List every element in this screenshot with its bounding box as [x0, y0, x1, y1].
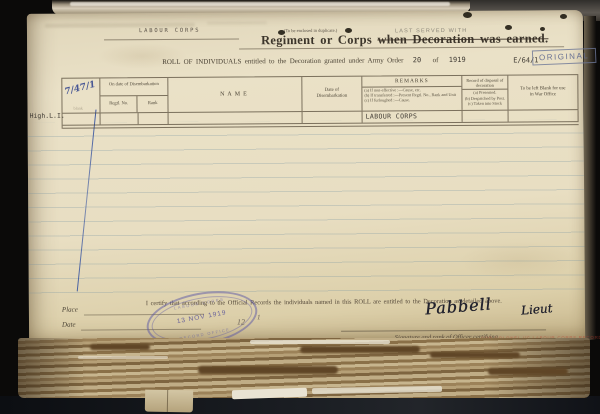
signature: Pabbell — [424, 294, 492, 318]
punch-hole — [560, 14, 567, 19]
remarks-header-cell: REMARKS (a) If non-effective :—Cause, et… — [362, 76, 462, 111]
year-value: 1919 — [449, 56, 466, 64]
roll-table: 7/47/1 blank On date of Disembarkation R… — [61, 74, 578, 129]
date-header: Date of Disembarkation — [302, 77, 362, 111]
paper-tab — [145, 390, 193, 413]
heading-struck-text: when Decoration was earned. — [377, 31, 548, 46]
stack-shadow — [198, 366, 338, 374]
corps-label: LABOUR CORPS — [139, 28, 200, 34]
place-label: Place — [62, 306, 78, 314]
corps-underline — [104, 38, 239, 40]
punch-hole — [278, 30, 285, 35]
disposal-header: Record of disposal of decoration — [462, 76, 507, 91]
date-label: Date — [62, 321, 76, 329]
name-header: NAME — [168, 77, 302, 112]
table-surface — [0, 396, 600, 414]
signature-line — [341, 329, 546, 331]
original-stamp: ORIGINAL — [532, 48, 597, 66]
disembarkation-group-header: On date of Disembarkation Regtl. No. Ran… — [100, 78, 168, 112]
on-date-header: On date of Disembarkation — [100, 78, 167, 96]
remarks-header: REMARKS — [362, 76, 461, 87]
pencil-note: 12 — [237, 317, 245, 326]
page-fore-edge — [584, 16, 596, 340]
pencil-tick: 1 — [257, 313, 261, 321]
remarks-note-c: (c) If furloughed :—Cause. — [362, 97, 461, 103]
ink-stroke — [77, 109, 97, 291]
punch-hole — [345, 28, 352, 33]
signature-rank: Lieut — [520, 301, 552, 317]
stain — [458, 240, 578, 281]
punch-hole — [540, 27, 545, 31]
stack-shadow — [90, 344, 150, 350]
unit-header-cell: 7/47/1 blank — [62, 78, 100, 112]
faded-print-smudge — [207, 21, 267, 24]
war-office-header: To be left Blank for use in War Office — [508, 75, 578, 109]
rank-header: Rank — [138, 95, 168, 112]
column-annotation: 7/47/1 — [64, 80, 97, 98]
column-faint-word: blank — [73, 106, 82, 111]
book-page: LABOUR CORPS (To be enclosed in duplicat… — [27, 10, 585, 344]
roll-title: ROLL OF INDIVIDUALS entitled to the Deco… — [162, 56, 403, 66]
disposal-header-cell: Record of disposal of decoration (a) Pre… — [462, 76, 508, 110]
remarks-group-label: LABOUR CORPS — [363, 111, 463, 123]
punch-hole — [505, 25, 512, 30]
cover-glint — [70, 2, 450, 6]
disposal-note-c: (c) Taken into Stock — [462, 101, 507, 107]
stack-highlight — [78, 356, 168, 359]
ruled-lines — [28, 119, 585, 297]
table-header: 7/47/1 blank On date of Disembarkation R… — [62, 75, 578, 114]
of-word: of — [433, 56, 439, 64]
stack-shadow — [430, 352, 520, 358]
stack-shadow — [300, 346, 420, 353]
stack-highlight — [250, 340, 390, 344]
heading-regiment: Regiment or Corps — [261, 33, 372, 48]
roll-title-line: ROLL OF INDIVIDUALS entitled to the Deco… — [162, 56, 466, 66]
regiment-group-label: High.L.I. — [30, 112, 65, 120]
punch-hole — [463, 12, 472, 18]
army-order-number: 20 — [413, 56, 421, 64]
stack-shadow — [488, 368, 568, 375]
regtl-no-header: Regtl. No. — [100, 96, 138, 113]
